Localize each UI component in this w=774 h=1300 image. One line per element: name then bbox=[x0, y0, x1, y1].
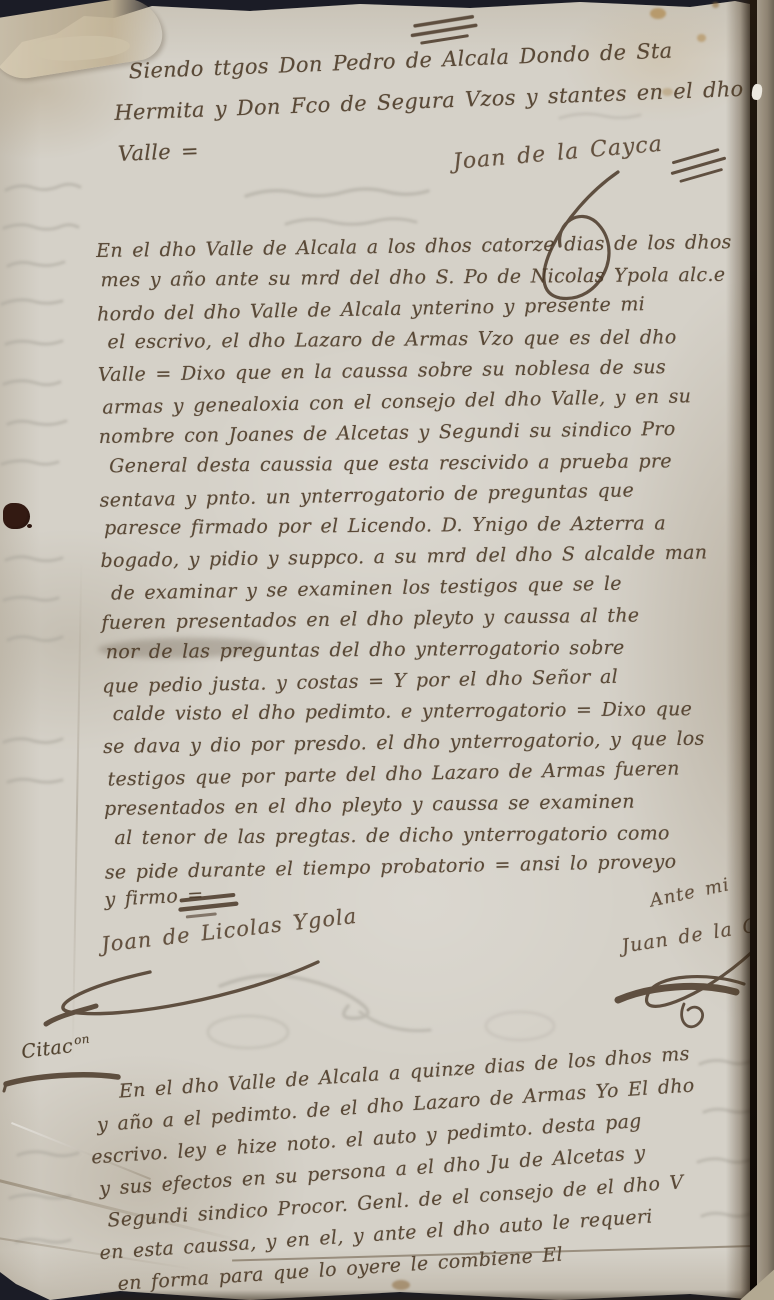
triple-dash-flourish bbox=[411, 16, 477, 44]
ink-flourishes bbox=[0, 0, 774, 1300]
adjacent-page-edge bbox=[757, 0, 774, 1300]
bottom-torn-edge bbox=[100, 1290, 760, 1300]
binding-gutter-shadow bbox=[726, 0, 752, 1300]
signature-rubric-top bbox=[544, 149, 727, 299]
manuscript-photo: Siendo ttgos Don Pedro de Alcala Dondo d… bbox=[0, 0, 774, 1300]
closing-flourish bbox=[180, 895, 237, 918]
left-signature-swash bbox=[46, 962, 318, 1024]
margin-note-underline bbox=[4, 1075, 118, 1091]
binding-gutter bbox=[750, 0, 757, 1300]
